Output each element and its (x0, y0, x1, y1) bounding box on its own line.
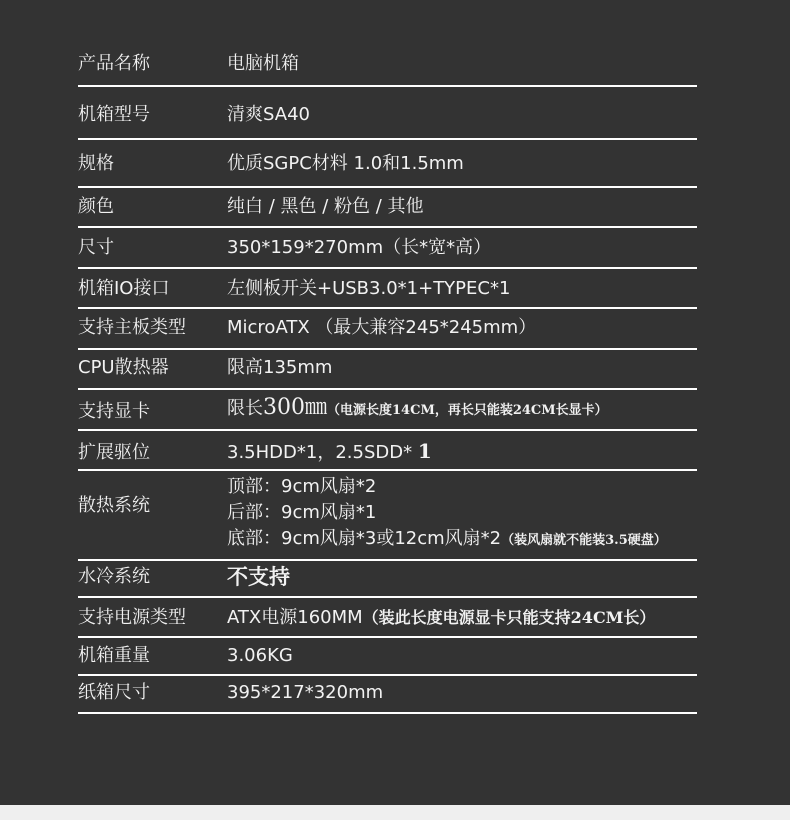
divider (78, 469, 697, 471)
spec-label: 规格 (78, 153, 114, 175)
divider (78, 307, 697, 309)
spec-label: 颜色 (78, 196, 114, 218)
spec-label: 水冷系统 (78, 566, 150, 588)
cooling-top: 顶部：9cm风扇*2 (227, 474, 667, 500)
spec-value: 3.06KG (227, 645, 293, 667)
cooling-bottom-text: 底部：9cm风扇*3或12cm风扇*2 (227, 528, 501, 549)
spec-label: 纸箱尺寸 (78, 682, 150, 704)
divider (78, 267, 697, 269)
spec-value: 纯白 / 黑色 / 粉色 / 其他 (227, 196, 424, 218)
spec-label: 尺寸 (78, 237, 114, 259)
spec-value: 电脑机箱 (227, 53, 299, 75)
divider (78, 226, 697, 228)
spec-label: 支持显卡 (78, 401, 150, 423)
cooling-bottom: 底部：9cm风扇*3或12cm风扇*2（装风扇就不能装3.5硬盘） (227, 526, 667, 554)
spec-value: 顶部：9cm风扇*2 后部：9cm风扇*1 底部：9cm风扇*3或12cm风扇*… (227, 474, 667, 554)
psu-note: （装此长度电源显卡只能支持24CM长） (363, 608, 656, 627)
spec-label: 支持电源类型 (78, 607, 186, 629)
spec-panel: 产品名称 电脑机箱 机箱型号 清爽SA40 规格 优质SGPC材料 1.0和1.… (0, 0, 790, 805)
spec-label: CPU散热器 (78, 357, 169, 379)
spec-label: 机箱重量 (78, 645, 150, 667)
spec-label: 散热系统 (78, 495, 150, 517)
drive-bays-text: 3.5HDD*1，2.5SDD* (227, 442, 418, 463)
divider (78, 712, 697, 714)
divider (78, 348, 697, 350)
spec-value: 不支持 (227, 566, 290, 588)
divider (78, 138, 697, 140)
spec-value: 395*217*320mm (227, 682, 383, 704)
spec-value: 清爽SA40 (227, 104, 310, 126)
divider (78, 674, 697, 676)
spec-value: 3.5HDD*1，2.5SDD* 1 (227, 440, 432, 464)
spec-value: MicroATX （最大兼容245*245mm） (227, 317, 536, 339)
divider (78, 388, 697, 390)
spec-label: 机箱型号 (78, 104, 150, 126)
drive-bays-count: 1 (418, 439, 432, 463)
cooling-note: （装风扇就不能装3.5硬盘） (501, 533, 667, 548)
divider (78, 636, 697, 638)
spec-label: 扩展驱位 (78, 442, 150, 464)
spec-value: 左侧板开关+USB3.0*1+TYPEC*1 (227, 278, 510, 300)
divider (78, 559, 697, 561)
psu-text: ATX电源160MM (227, 607, 363, 628)
cooling-rear: 后部：9cm风扇*1 (227, 500, 667, 526)
spec-value: 限高135mm (227, 357, 332, 379)
spec-label: 支持主板类型 (78, 317, 186, 339)
gpu-length: 300㎜ (263, 395, 327, 420)
spec-value: ATX电源160MM（装此长度电源显卡只能支持24CM长） (227, 607, 655, 629)
divider (78, 186, 697, 188)
spec-value: 350*159*270mm（长*宽*高） (227, 237, 491, 259)
gpu-prefix: 限长 (227, 398, 263, 419)
divider (78, 85, 697, 87)
divider (78, 429, 697, 431)
spec-value: 限长300㎜（电源长度14CM，再长只能装24CM长显卡） (227, 397, 608, 422)
gpu-note: （电源长度14CM，再长只能装24CM长显卡） (327, 403, 608, 418)
spec-label: 机箱IO接口 (78, 278, 169, 300)
spec-value: 优质SGPC材料 1.0和1.5mm (227, 153, 464, 175)
spec-label: 产品名称 (78, 53, 150, 75)
divider (78, 596, 697, 598)
